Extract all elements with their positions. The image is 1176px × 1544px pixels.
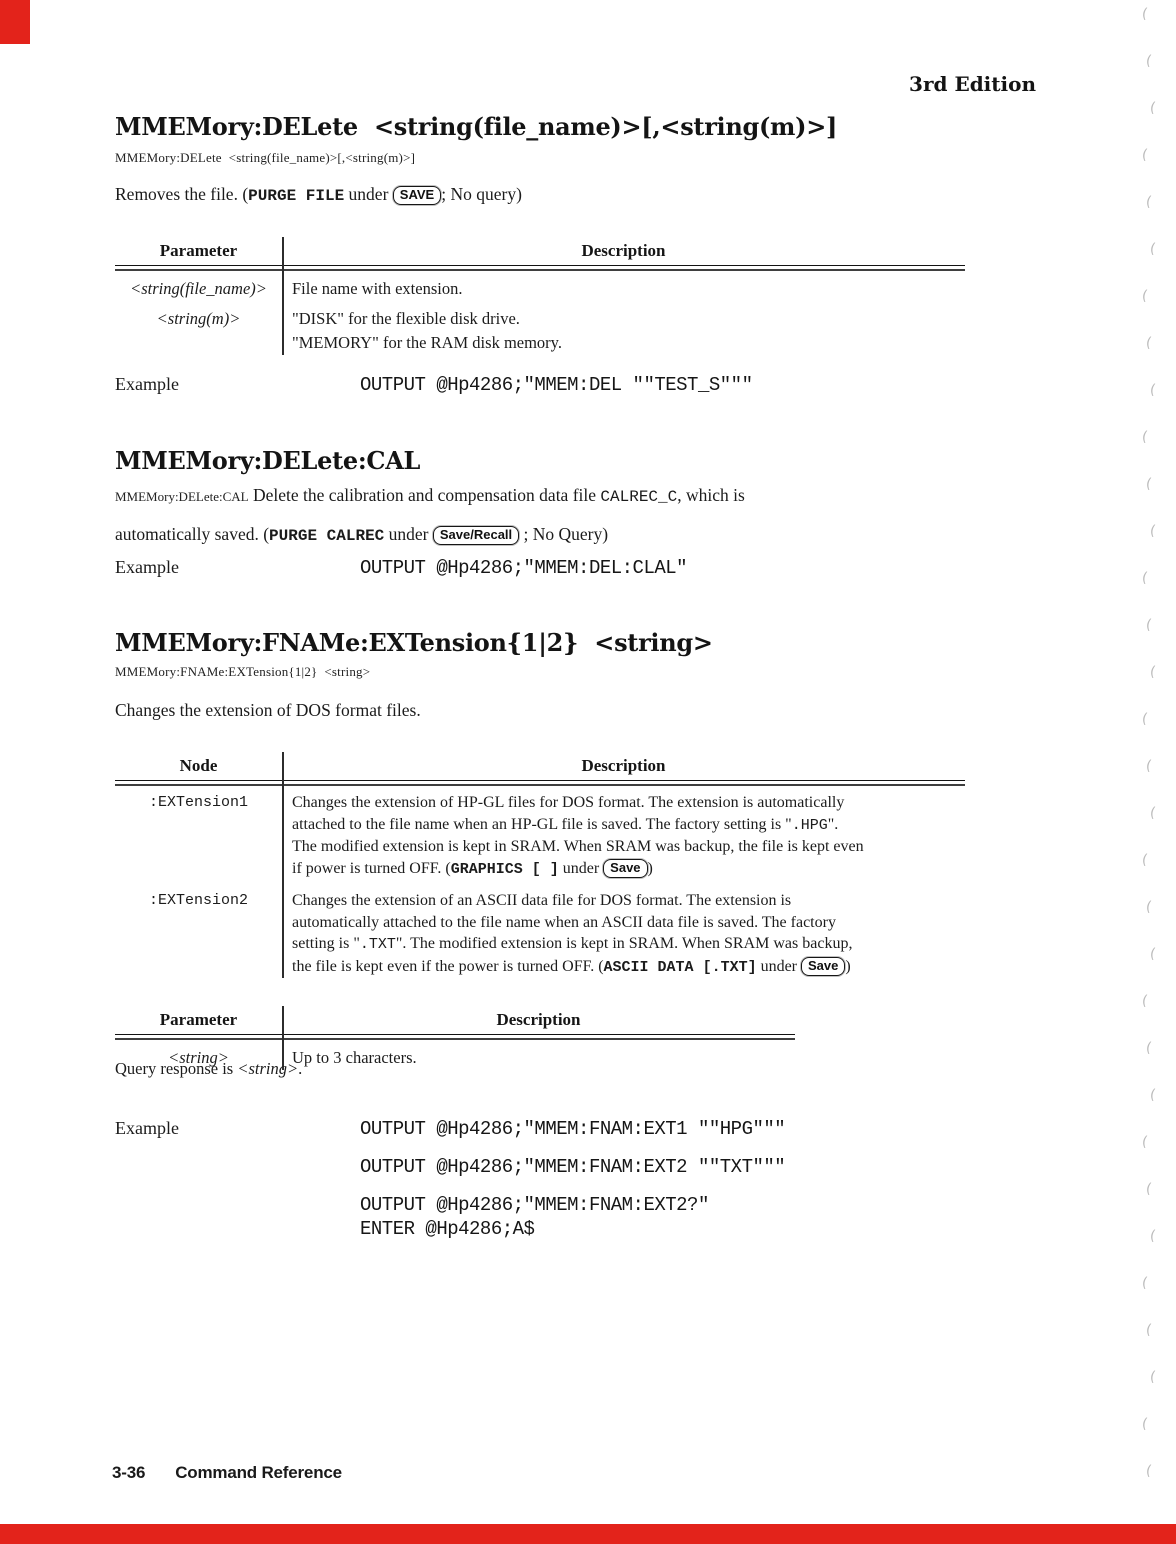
table-header-parameter: Parameter xyxy=(115,241,282,261)
example-block-extension: Example OUTPUT @Hp4286;"MMEM:FNAM:EXT1 "… xyxy=(115,1118,785,1240)
desc-text: ) xyxy=(648,860,653,877)
binding-curl-artifact: ( xyxy=(1149,100,1157,117)
desc-line: automatically saved. (PURGE CALREC under… xyxy=(115,516,985,555)
table-header-parameter: Parameter xyxy=(115,1010,282,1030)
binding-curl-artifact: ( xyxy=(1149,1228,1157,1245)
command-title-fname-extension: MMEMory:FNAMe:EXTension{1|2} <string> xyxy=(115,628,713,657)
table-header-row: Node Description xyxy=(115,752,965,780)
desc-text: ". The modified extension is kept in SRA… xyxy=(396,935,853,952)
desc-cell: Changes the extension of HP-GL files for… xyxy=(282,792,965,880)
example-label: Example xyxy=(115,1118,360,1240)
binding-curl-artifact: ( xyxy=(1149,664,1157,681)
desc-text: under xyxy=(559,860,603,877)
command-title-delete-cal: MMEMory:DELete:CAL xyxy=(115,446,420,475)
desc-line: "MEMORY" for the RAM disk memory. xyxy=(292,331,965,355)
desc-line: MMEMory:DELete:CAL Delete the calibratio… xyxy=(115,477,985,516)
table-row: <string(file_name)> File name with exten… xyxy=(115,277,965,301)
binding-curl-artifact: ( xyxy=(1149,1369,1157,1386)
binding-curl-artifact: ( xyxy=(1145,194,1153,211)
desc-text: ". xyxy=(828,816,839,833)
desc-line: setting is ".TXT". The modified extensio… xyxy=(292,933,965,956)
node-cell: :EXTension1 xyxy=(115,792,282,880)
table-row: <string(m)> "DISK" for the flexible disk… xyxy=(115,307,965,355)
scan-mark-bottom-edge xyxy=(0,1524,1176,1544)
softkey-ascii-data: ASCII DATA [.TXT] xyxy=(604,959,757,976)
desc-line: Changes the extension of an ASCII data f… xyxy=(292,890,965,912)
binding-curl-artifact: ( xyxy=(1145,53,1153,70)
desc-text: under xyxy=(344,184,393,204)
binding-curl-artifact: ( xyxy=(1141,711,1149,728)
table-column-divider xyxy=(282,752,284,978)
desc-line: automatically attached to the file name … xyxy=(292,912,965,934)
binding-curl-artifact: ( xyxy=(1141,1416,1149,1433)
binding-curl-artifact: ( xyxy=(1145,617,1153,634)
binding-curl-artifact: ( xyxy=(1149,1087,1157,1104)
binding-curl-artifact: ( xyxy=(1141,288,1149,305)
desc-cell: Changes the extension of an ASCII data f… xyxy=(282,890,965,978)
desc-text: ) xyxy=(845,958,850,975)
binding-curl-artifact: ( xyxy=(1145,1322,1153,1339)
scan-mark-top-left xyxy=(0,0,30,44)
binding-curl-artifact: ( xyxy=(1141,1134,1149,1151)
note-param: <string> xyxy=(237,1059,298,1078)
parameter-table-delete: Parameter Description <string(file_name)… xyxy=(115,237,965,355)
binding-curl-artifact: ( xyxy=(1141,429,1149,446)
description-mmemory-delete: Removes the file. (PURGE FILE under SAVE… xyxy=(115,184,522,205)
syntax-line-mmemory-delete: MMEMory:DELete <string(file_name)>[,<str… xyxy=(115,150,415,166)
keycap-save: SAVE xyxy=(393,186,441,205)
desc-text: automatically saved. ( xyxy=(115,524,269,544)
filename-calrec-c: CALREC_C xyxy=(600,488,677,506)
example-code: OUTPUT @Hp4286;"MMEM:FNAM:EXT2?" xyxy=(360,1194,785,1216)
extension-txt: .TXT xyxy=(360,936,396,953)
syntax-inline-prefix: MMEMory:DELete:CAL xyxy=(115,489,249,504)
param-cell: <string(file_name)> xyxy=(115,277,282,301)
binding-curl-artifact: ( xyxy=(1141,1275,1149,1292)
param-cell: <string(m)> xyxy=(115,307,282,355)
syntax-line-fname-extension: MMEMory:FNAMe:EXTension{1|2} <string> xyxy=(115,664,370,680)
example-block-delete: ExampleOUTPUT @Hp4286;"MMEM:DEL ""TEST_S… xyxy=(115,374,752,396)
desc-line: "DISK" for the flexible disk drive. xyxy=(292,307,965,331)
desc-line: Changes the extension of HP-GL files for… xyxy=(292,792,965,814)
binding-curl-artifact: ( xyxy=(1145,1463,1153,1480)
page-number: 3-36 xyxy=(112,1463,145,1482)
desc-text: ; No Query) xyxy=(519,524,608,544)
example-code: OUTPUT @Hp4286;"MMEM:FNAM:EXT1 ""HPG""" xyxy=(360,1118,785,1140)
example-code-lines: OUTPUT @Hp4286;"MMEM:FNAM:EXT1 ""HPG""" … xyxy=(360,1118,785,1240)
binding-curl-artifact: ( xyxy=(1149,805,1157,822)
example-code: ENTER @Hp4286;A$ xyxy=(360,1218,785,1240)
node-cell: :EXTension2 xyxy=(115,890,282,978)
desc-text: if power is turned OFF. ( xyxy=(292,860,451,877)
node-table: Node Description :EXTension1 Changes the… xyxy=(115,752,965,978)
description-delete-cal: MMEMory:DELete:CAL Delete the calibratio… xyxy=(115,477,985,555)
desc-cell: "DISK" for the flexible disk drive. "MEM… xyxy=(282,307,965,355)
example-label: Example xyxy=(115,557,360,578)
desc-line: the file is kept even if the power is tu… xyxy=(292,956,965,979)
softkey-graphics: GRAPHICS [ ] xyxy=(451,861,559,878)
query-response-note: Query response is <string>. xyxy=(115,1059,302,1079)
binding-curl-artifact: ( xyxy=(1141,993,1149,1010)
keycap-save: Save xyxy=(603,859,647,878)
desc-text: under xyxy=(757,958,801,975)
binding-curl-artifact: ( xyxy=(1145,1040,1153,1057)
table-header-node: Node xyxy=(115,756,282,776)
example-label: Example xyxy=(115,374,360,395)
desc-text: Delete the calibration and compensation … xyxy=(249,485,601,505)
keycap-save-recall: Save/Recall xyxy=(433,526,519,545)
table-header-rule xyxy=(115,1034,795,1040)
desc-line: The modified extension is kept in SRAM. … xyxy=(292,836,965,858)
binding-curl-artifact: ( xyxy=(1149,241,1157,258)
desc-cell: Up to 3 characters. xyxy=(282,1046,795,1070)
example-code: OUTPUT @Hp4286;"MMEM:DEL:CLAL" xyxy=(360,557,687,579)
keycap-save: Save xyxy=(801,957,845,976)
binding-curl-artifact: ( xyxy=(1145,335,1153,352)
desc-text: setting is " xyxy=(292,935,360,952)
binding-curl-artifact: ( xyxy=(1145,1181,1153,1198)
desc-line: attached to the file name when an HP-GL … xyxy=(292,814,965,837)
page-footer: 3-36Command Reference xyxy=(112,1463,342,1483)
binding-curl-artifact: ( xyxy=(1141,147,1149,164)
table-header-row: Parameter Description xyxy=(115,1006,795,1034)
table-column-divider xyxy=(282,237,284,355)
table-header-description: Description xyxy=(282,1010,795,1030)
table-header-rule xyxy=(115,780,965,786)
binding-curl-artifact: ( xyxy=(1141,6,1149,23)
softkey-purge-calrec: PURGE CALREC xyxy=(269,527,384,545)
desc-cell: File name with extension. xyxy=(282,277,965,301)
binding-curl-artifact: ( xyxy=(1145,476,1153,493)
desc-text: ; No query) xyxy=(441,184,522,204)
note-text: . xyxy=(298,1059,302,1078)
binding-curl-artifact: ( xyxy=(1145,899,1153,916)
desc-text: , which is xyxy=(677,485,745,505)
softkey-purge-file: PURGE FILE xyxy=(248,187,344,205)
table-row-extension2: :EXTension2 Changes the extension of an … xyxy=(115,890,965,978)
binding-curl-artifact: ( xyxy=(1145,758,1153,775)
example-code: OUTPUT @Hp4286;"MMEM:FNAM:EXT2 ""TXT""" xyxy=(360,1156,785,1178)
desc-text: attached to the file name when an HP-GL … xyxy=(292,816,792,833)
desc-text: the file is kept even if the power is tu… xyxy=(292,958,604,975)
binding-curl-artifact: ( xyxy=(1141,852,1149,869)
table-row-extension1: :EXTension1 Changes the extension of HP-… xyxy=(115,792,965,880)
edition-label: 3rd Edition xyxy=(909,72,1036,96)
binding-curl-artifact: ( xyxy=(1149,523,1157,540)
desc-line: if power is turned OFF. (GRAPHICS [ ] un… xyxy=(292,858,965,881)
binding-curl-artifact: ( xyxy=(1149,382,1157,399)
footer-title: Command Reference xyxy=(175,1463,342,1482)
table-header-rule xyxy=(115,265,965,271)
desc-text: Removes the file. ( xyxy=(115,184,248,204)
table-header-description: Description xyxy=(282,756,965,776)
example-code: OUTPUT @Hp4286;"MMEM:DEL ""TEST_S""" xyxy=(360,374,752,396)
command-title-mmemory-delete: MMEMory:DELete <string(file_name)>[,<str… xyxy=(115,112,837,141)
extension-hpg: .HPG xyxy=(792,817,828,834)
example-block-delete-cal: ExampleOUTPUT @Hp4286;"MMEM:DEL:CLAL" xyxy=(115,557,687,579)
binding-curl-artifact: ( xyxy=(1149,946,1157,963)
desc-text: under xyxy=(384,524,433,544)
description-fname-extension: Changes the extension of DOS format file… xyxy=(115,700,421,721)
note-text: Query response is xyxy=(115,1059,237,1078)
table-header-description: Description xyxy=(282,241,965,261)
binding-curl-artifact: ( xyxy=(1141,570,1149,587)
table-header-row: Parameter Description xyxy=(115,237,965,265)
